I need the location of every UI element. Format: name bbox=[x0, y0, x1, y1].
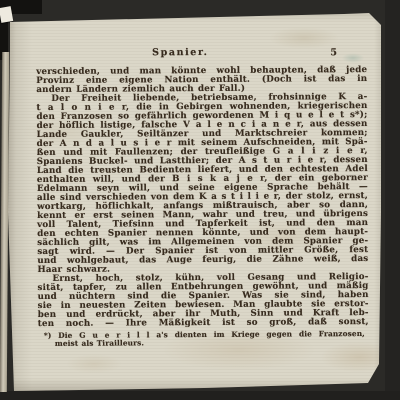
body-line: ten noch. — Ihre Mäßigkeit ist so groß, … bbox=[38, 318, 369, 329]
footnote: *) Die G u e r i l l a's dienten im Krie… bbox=[38, 330, 369, 349]
backdrop-right bbox=[385, 0, 400, 400]
scan-background: Spanier. 5 verschieden, und man könnte w… bbox=[0, 0, 400, 400]
page-header: Spanier. 5 bbox=[36, 47, 367, 68]
page-edge-strip bbox=[0, 52, 9, 392]
page-number: 5 bbox=[330, 48, 337, 57]
backdrop-bottom bbox=[0, 391, 400, 400]
paper-tab bbox=[0, 6, 13, 23]
footnote-line: meist als Tirailleurs. bbox=[44, 338, 365, 348]
body-text: verschieden, und man könnte wohl behaupt… bbox=[36, 66, 369, 329]
running-title: Spanier. bbox=[152, 48, 209, 57]
book-page: Spanier. 5 verschieden, und man könnte w… bbox=[4, 12, 384, 392]
text-block: Spanier. 5 verschieden, und man könnte w… bbox=[36, 47, 369, 349]
